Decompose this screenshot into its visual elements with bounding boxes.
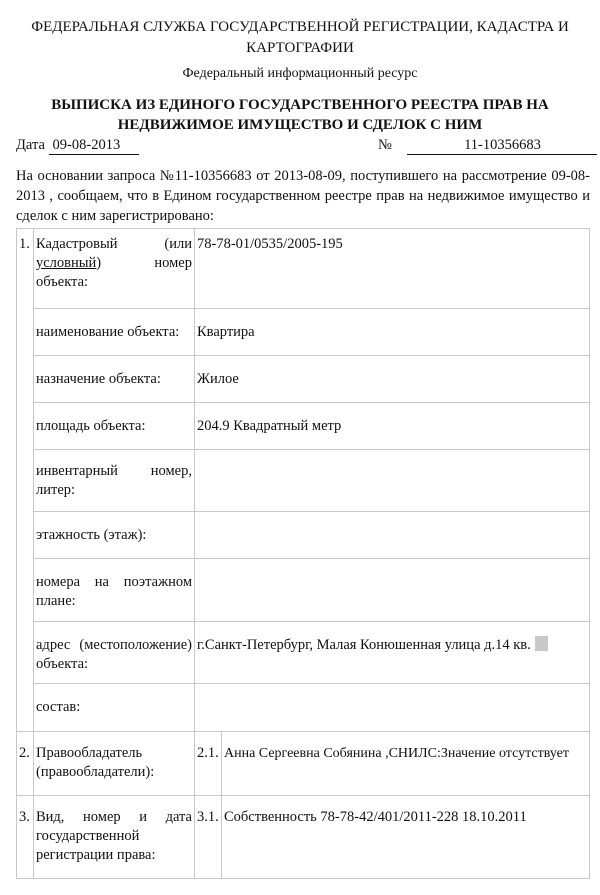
- table-row: назначение объекта: Жилое: [17, 356, 590, 403]
- date-label: Дата: [16, 137, 45, 153]
- agency-name: ФЕДЕРАЛЬНАЯ СЛУЖБА ГОСУДАРСТВЕННОЙ РЕГИС…: [0, 17, 600, 59]
- table-row: состав:: [17, 684, 590, 732]
- row-value: [195, 559, 590, 622]
- table-row-right: 3. Вид, номер и дата государственной рег…: [17, 796, 590, 879]
- row-label: адрес (местоположение) объекта:: [34, 622, 195, 684]
- number-value: 11-10356683: [407, 137, 597, 155]
- cadastral-value: 78-78-01/0535/2005-195: [195, 229, 590, 309]
- row-value: Квартира: [195, 309, 590, 356]
- row-value: [195, 684, 590, 732]
- table-row-owner: 2. Правообладатель (правообладатели): 2.…: [17, 732, 590, 796]
- address-cell: г.Санкт-Петербург, Малая Конюшенная улиц…: [195, 622, 590, 684]
- resource-subtitle: Федеральный информационный ресурс: [0, 66, 600, 82]
- owner-value: Анна Сергеевна Собянина ,СНИЛС:Значение …: [222, 732, 590, 796]
- owner-label: Правообладатель (правообладатели):: [34, 732, 195, 796]
- row-label: этажность (этаж):: [34, 512, 195, 559]
- row-label: наименование объекта:: [34, 309, 195, 356]
- row-value: Жилое: [195, 356, 590, 403]
- label-part: (или: [164, 235, 192, 254]
- label-part: объекта:: [36, 273, 192, 292]
- row-label: площадь объекта:: [34, 403, 195, 450]
- label-part: номер: [154, 254, 192, 273]
- table-row: номера на поэтажном плане:: [17, 559, 590, 622]
- label-part: Кадастровый: [36, 235, 118, 254]
- table-row: площадь объекта: 204.9 Квадратный метр: [17, 403, 590, 450]
- intro-paragraph: На основании запроса №11-10356683 от 201…: [16, 166, 590, 226]
- date-value: 09-08-2013: [49, 137, 139, 155]
- number-label: №: [378, 137, 392, 153]
- table-row: наименование объекта: Квартира: [17, 309, 590, 356]
- row-value: [195, 512, 590, 559]
- document-title-line2: НЕДВИЖИМОЕ ИМУЩЕСТВО И СДЕЛОК С НИМ: [0, 115, 600, 135]
- section-number: 2.: [17, 732, 34, 796]
- table-row-address: адрес (местоположение) объекта: г.Санкт-…: [17, 622, 590, 684]
- agency-name-line1: ФЕДЕРАЛЬНАЯ СЛУЖБА ГОСУДАРСТВЕННОЙ РЕГИС…: [0, 17, 600, 38]
- row-value: [195, 450, 590, 512]
- date-field: Дата 09-08-2013: [16, 137, 139, 155]
- table-row: этажность (этаж):: [17, 512, 590, 559]
- row-label: инвентарный номер, литер:: [34, 450, 195, 512]
- request-number-field: № 11-10356683: [378, 137, 597, 155]
- table-row-cadastral: 1. Кадастровый(или условный)номер объект…: [17, 229, 590, 309]
- redacted-apartment-number: [535, 636, 548, 651]
- document-title-line1: ВЫПИСКА ИЗ ЕДИНОГО ГОСУДАРСТВЕННОГО РЕЕС…: [0, 95, 600, 115]
- right-label: Вид, номер и дата государственной регист…: [34, 796, 195, 879]
- row-label: назначение объекта:: [34, 356, 195, 403]
- section-number: 3.: [17, 796, 34, 879]
- row-value: г.Санкт-Петербург, Малая Конюшенная улиц…: [197, 637, 531, 653]
- right-value: Собственность 78-78-42/401/2011-228 18.1…: [222, 796, 590, 879]
- section-number: 1.: [17, 229, 34, 732]
- row-label: номера на поэтажном плане:: [34, 559, 195, 622]
- table-row: инвентарный номер, литер:: [17, 450, 590, 512]
- agency-name-line2: КАРТОГРАФИИ: [0, 38, 600, 59]
- registry-table: 1. Кадастровый(или условный)номер объект…: [16, 228, 590, 879]
- row-value: 204.9 Квадратный метр: [195, 403, 590, 450]
- label-part: условный: [36, 255, 96, 271]
- sub-number: 2.1.: [195, 732, 222, 796]
- row-label: состав:: [34, 684, 195, 732]
- document-title: ВЫПИСКА ИЗ ЕДИНОГО ГОСУДАРСТВЕННОГО РЕЕС…: [0, 95, 600, 135]
- label-part: ): [96, 255, 101, 271]
- cadastral-label: Кадастровый(или условный)номер объекта:: [34, 229, 195, 309]
- sub-number: 3.1.: [195, 796, 222, 879]
